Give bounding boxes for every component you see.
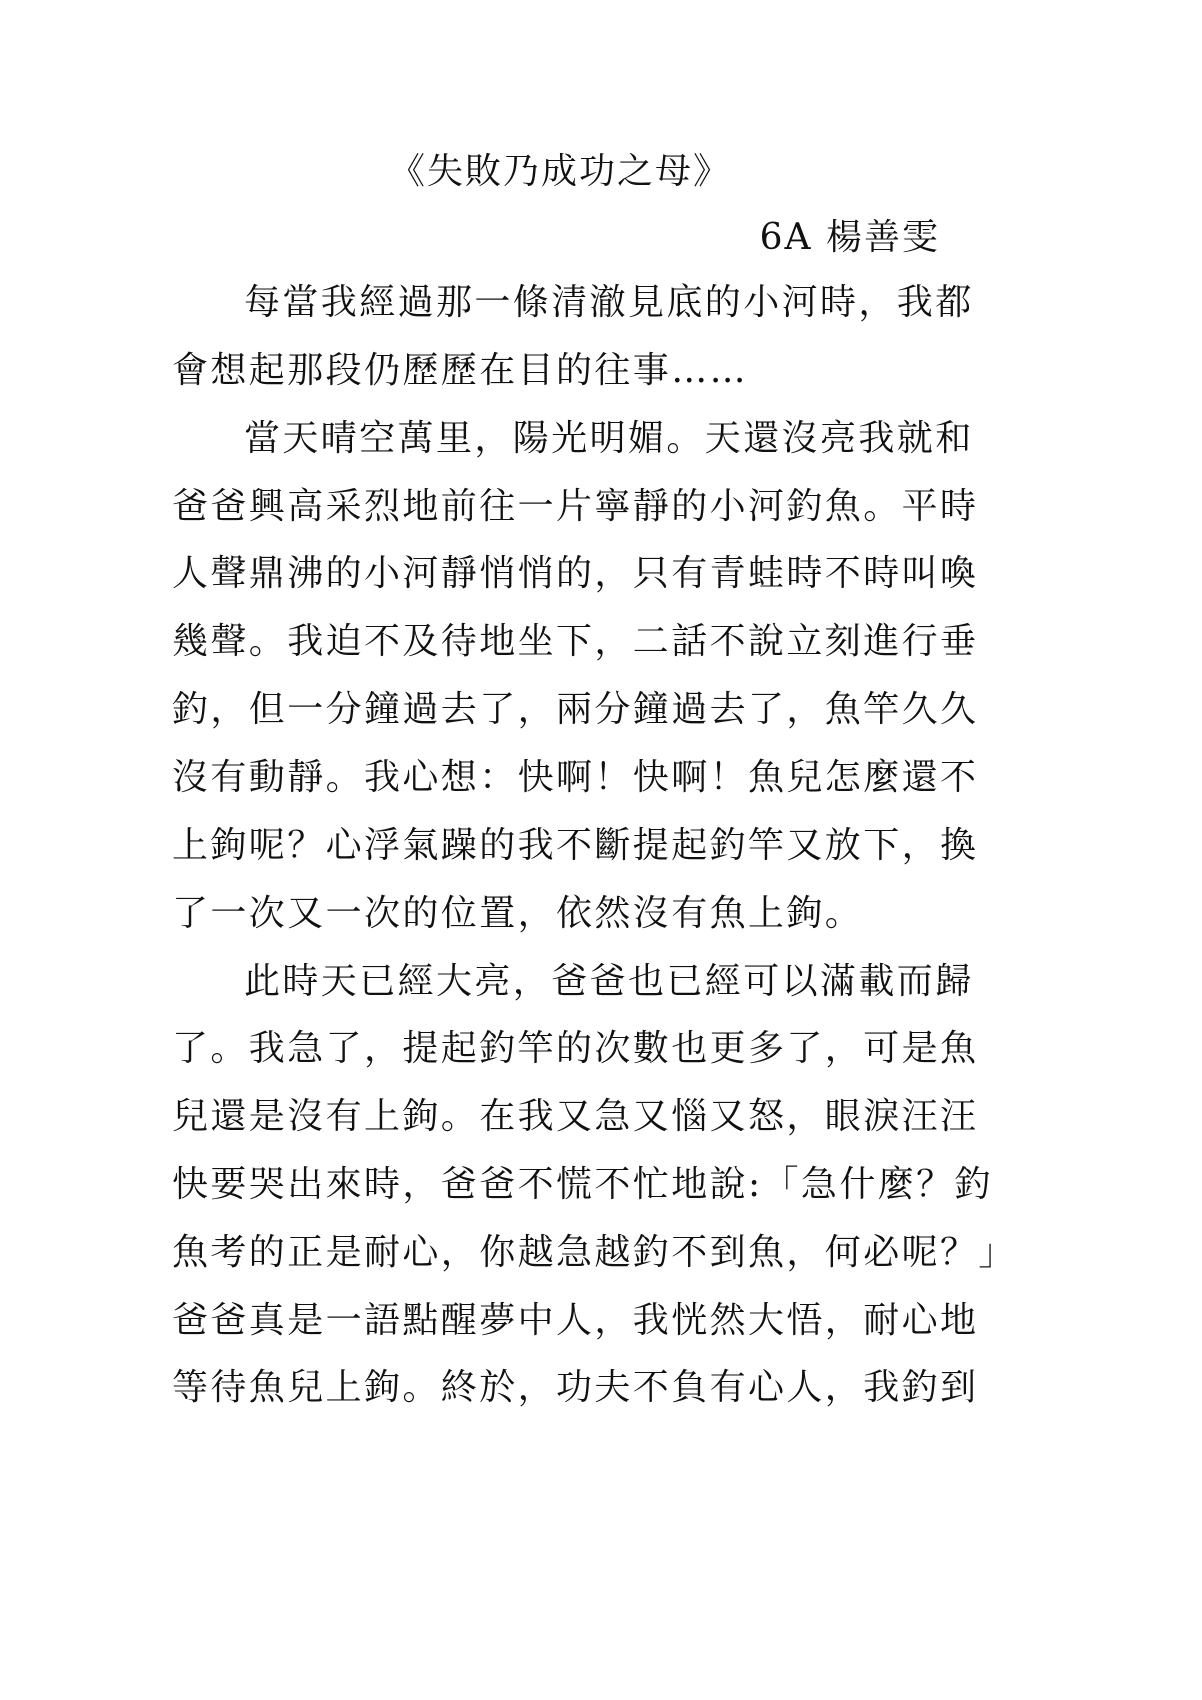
essay-title: 《失敗乃成功之母》 — [0, 148, 1120, 196]
text-line: 了。我急了，提起釣竿的次數也更多了，可是魚 — [172, 1025, 942, 1073]
text-line: 每當我經過那一條清澈見底的小河時，我都 — [244, 279, 942, 327]
text-line: 人聲鼎沸的小河靜悄悄的，只有青蛙時不時叫喚 — [172, 550, 942, 598]
text-line: 爸爸興高采烈地前往一片寧靜的小河釣魚。平時 — [172, 483, 942, 531]
text-line: 等待魚兒上鉤。終於，功夫不負有心人，我釣到 — [172, 1364, 942, 1412]
text-line: 此時天已經大亮，爸爸也已經可以滿載而歸 — [244, 958, 942, 1006]
text-line: 魚考的正是耐心，你越急越釣不到魚，何必呢？」 — [172, 1229, 942, 1277]
text-line: 爸爸真是一語點醒夢中人，我恍然大悟，耐心地 — [172, 1297, 942, 1345]
document-page: 《失敗乃成功之母》 6A 楊善雯 每當我經過那一條清澈見底的小河時，我都 會想起… — [0, 0, 1202, 1700]
text-line: 當天晴空萬里，陽光明媚。天還沒亮我就和 — [244, 415, 942, 463]
text-line: 沒有動靜。我心想：快啊！快啊！魚兒怎麼還不 — [172, 754, 942, 802]
text-line: 快要哭出來時，爸爸不慌不忙地說:「急什麼？釣 — [172, 1161, 942, 1209]
text-line: 兒還是沒有上鉤。在我又急又惱又怒，眼淚汪汪 — [172, 1093, 942, 1141]
text-line: 幾聲。我迫不及待地坐下，二話不說立刻進行垂 — [172, 618, 942, 666]
text-line: 上鉤呢？心浮氣躁的我不斷提起釣竿又放下，換 — [172, 822, 942, 870]
text-line: 了一次又一次的位置，依然沒有魚上鉤。 — [172, 890, 942, 938]
author-line: 6A 楊善雯 — [760, 214, 940, 262]
text-line: 會想起那段仍歷歷在目的往事…… — [172, 347, 942, 395]
text-line: 釣，但一分鐘過去了，兩分鐘過去了，魚竿久久 — [172, 686, 942, 734]
